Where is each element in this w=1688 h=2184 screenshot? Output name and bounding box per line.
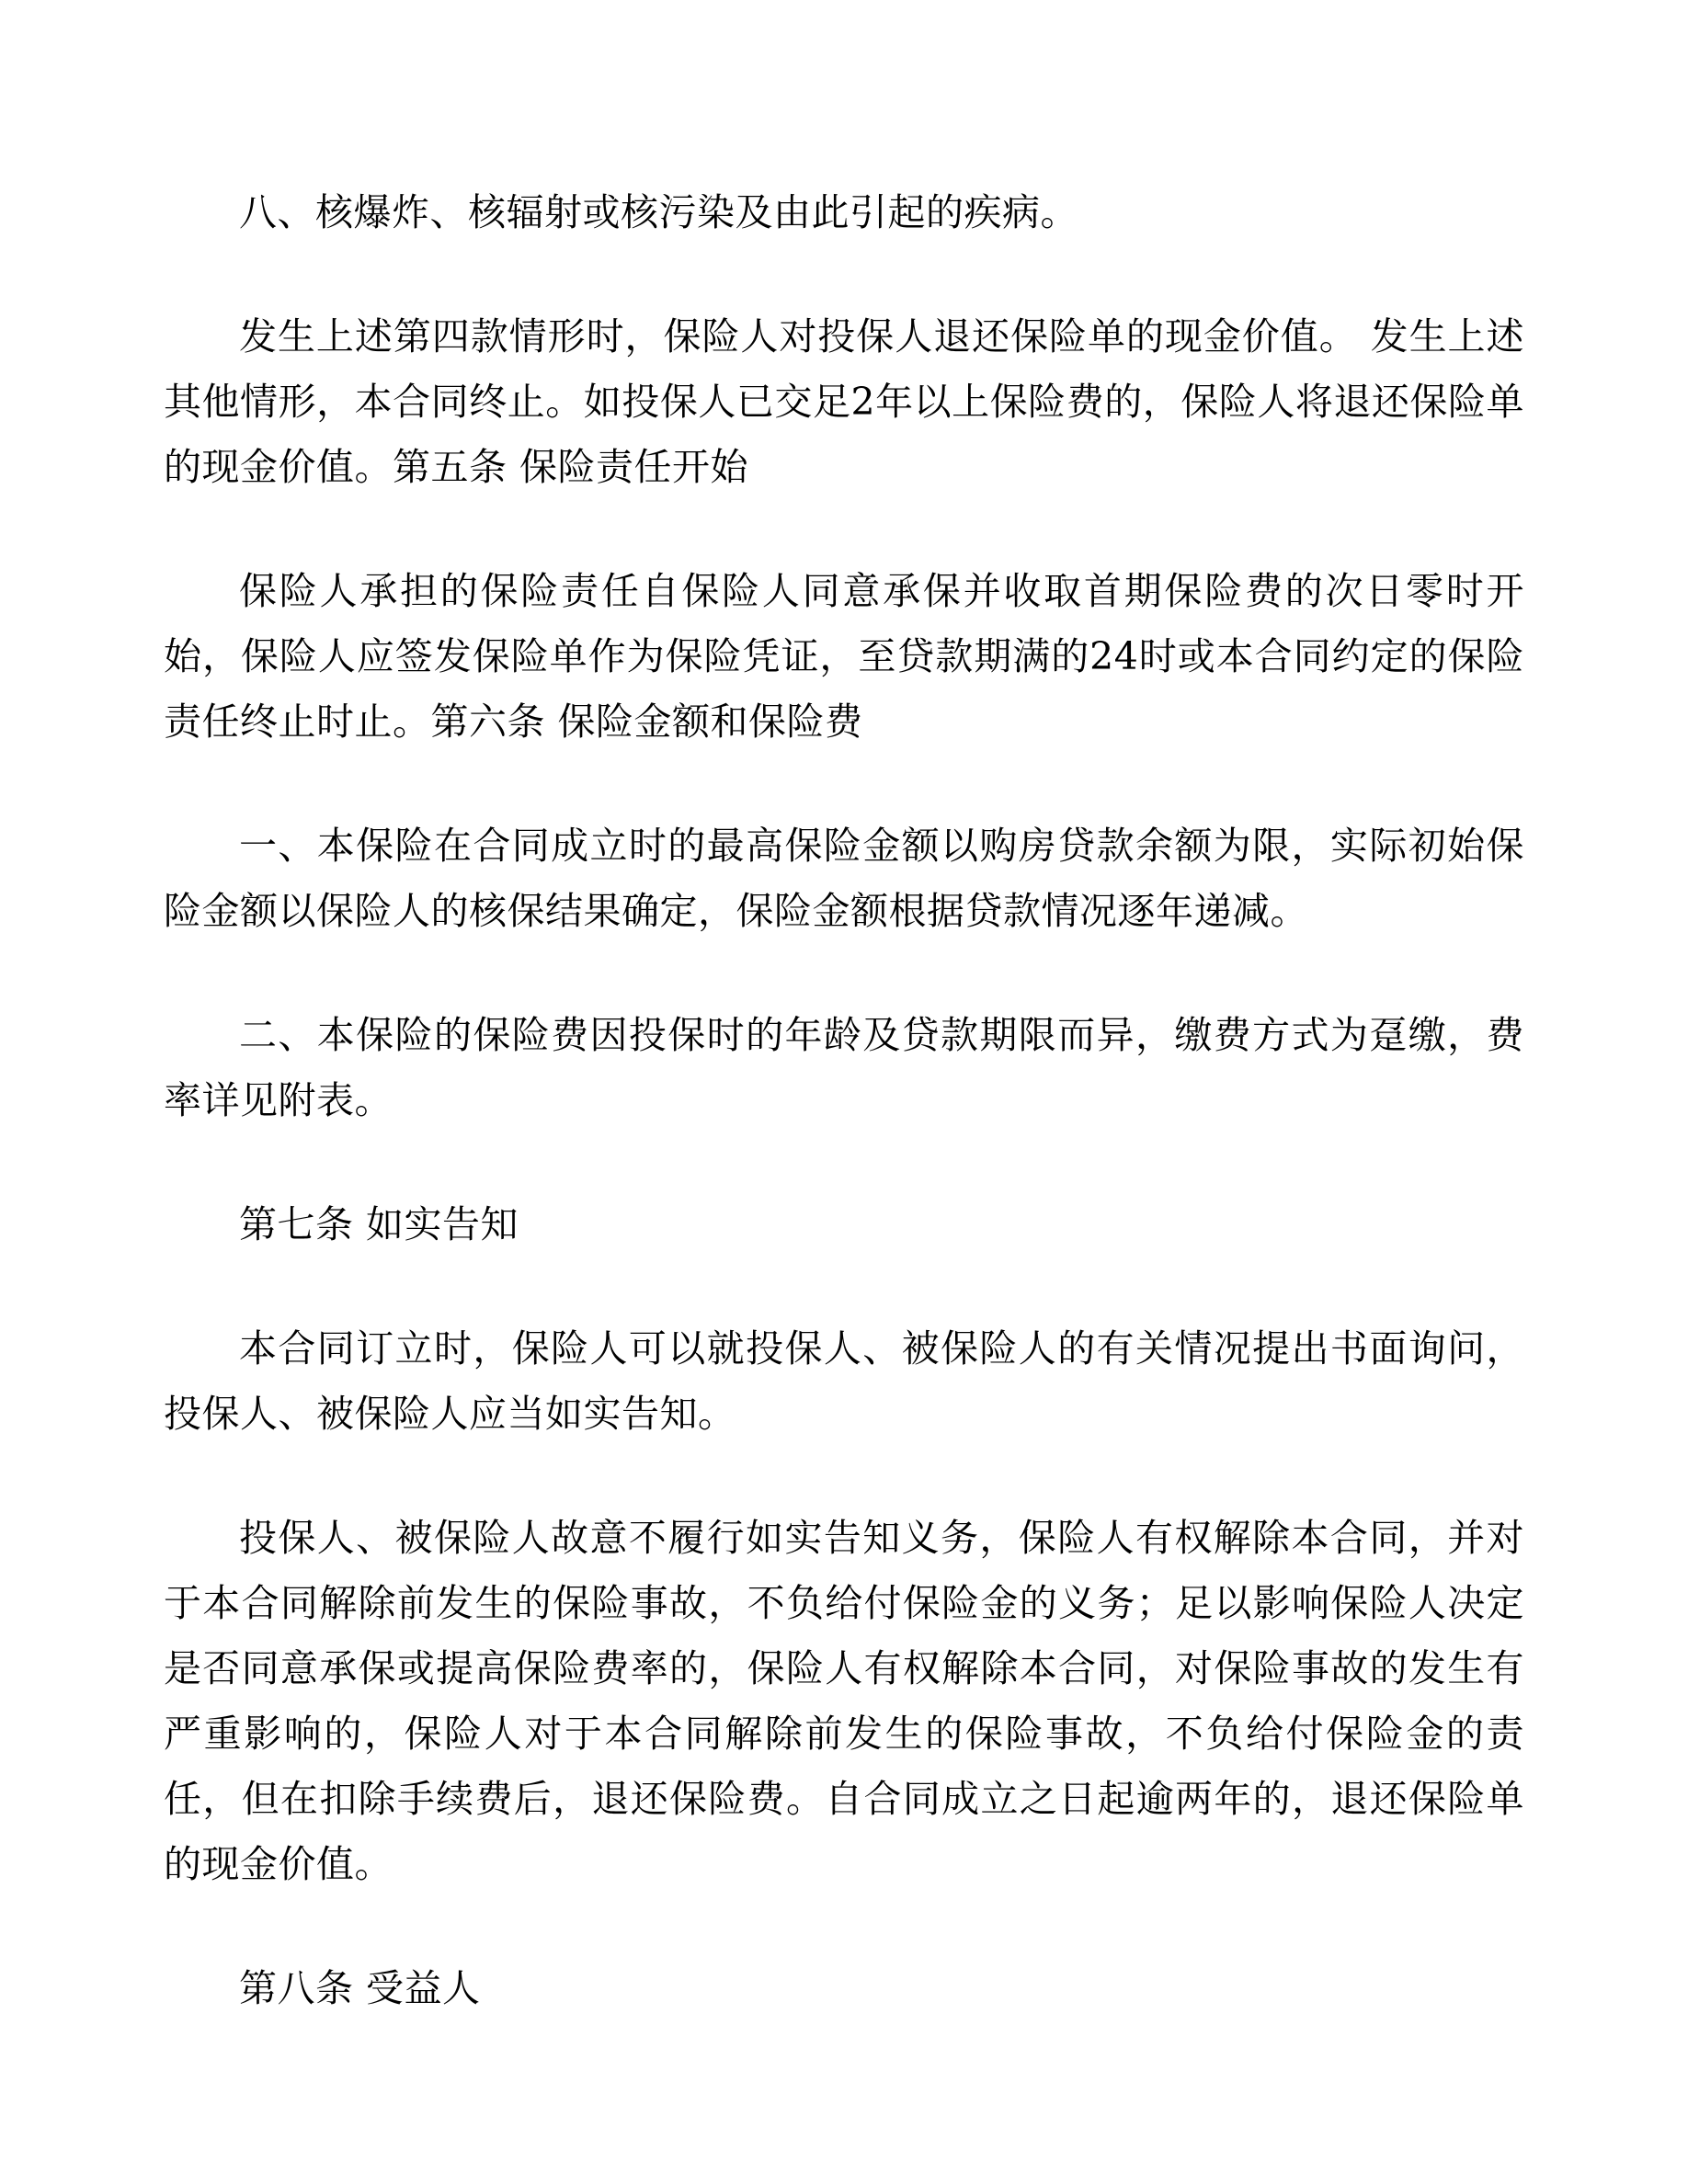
heading-article-8-beneficiary: 第八条 受益人: [164, 1956, 1524, 2021]
contract-text-body: 八、核爆炸、核辐射或核污染及由此引起的疾病。 发生上述第四款情形时，保险人对投保…: [164, 180, 1524, 2021]
heading-article-7-disclosure: 第七条 如实告知: [164, 1192, 1524, 1257]
paragraph-cash-value-refund-article-5-heading: 发生上述第四款情形时，保险人对投保人退还保险单的现金价值。 发生上述其他情形，本…: [164, 304, 1524, 500]
paragraph-article-6-item-2-premium: 二、本保险的保险费因投保时的年龄及贷款期限而异，缴费方式为趸缴，费率详见附表。: [164, 1003, 1524, 1133]
document-page: 八、核爆炸、核辐射或核污染及由此引起的疾病。 发生上述第四款情形时，保险人对投保…: [0, 0, 1688, 2184]
paragraph-article-7-breach-consequences: 投保人、被保险人故意不履行如实告知义务，保险人有权解除本合同，并对于本合同解除前…: [164, 1506, 1524, 1897]
paragraph-article-6-item-1-sum-insured: 一、本保险在合同成立时的最高保险金额以购房贷款余额为限，实际初始保险金额以保险人…: [164, 813, 1524, 944]
paragraph-liability-start-article-6-heading: 保险人承担的保险责任自保险人同意承保并收取首期保险费的次日零时开始，保险人应签发…: [164, 559, 1524, 755]
clause-nuclear-exclusion: 八、核爆炸、核辐射或核污染及由此引起的疾病。: [164, 180, 1524, 245]
paragraph-article-7-written-inquiry: 本合同订立时，保险人可以就投保人、被保险人的有关情况提出书面询问，投保人、被保险…: [164, 1316, 1524, 1447]
